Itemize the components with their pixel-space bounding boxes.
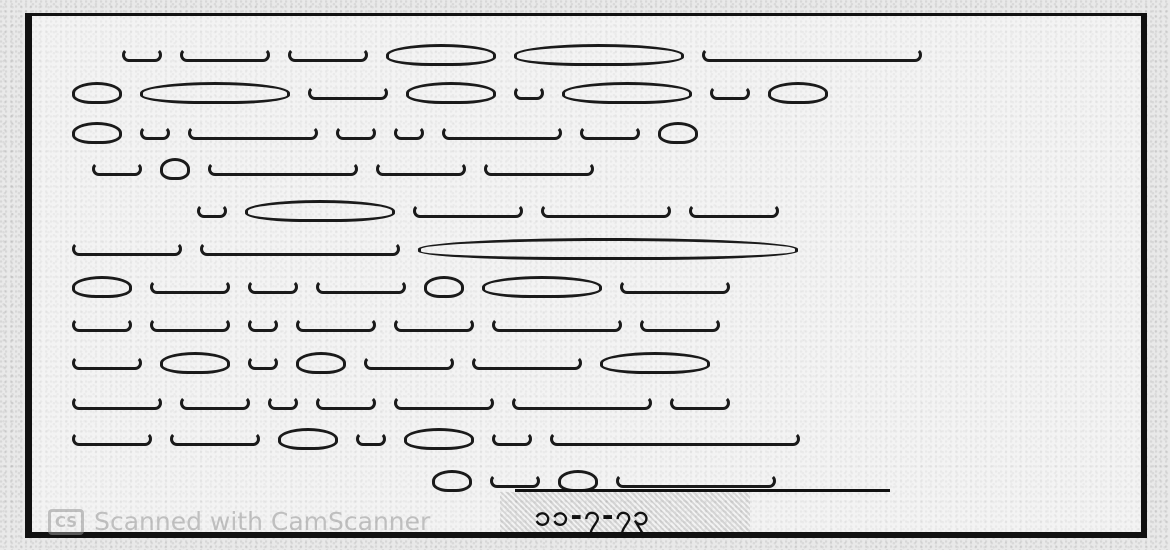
handwritten-line-6: Handwritten Burmese line 6	[72, 232, 798, 266]
watermark-text: Scanned with CamScanner	[94, 507, 430, 536]
handwritten-line-11: Handwritten Burmese line 11	[72, 422, 800, 456]
handwritten-line-4: Handwritten Burmese line 4, ends with cl…	[92, 152, 594, 186]
handwritten-line-9: Handwritten Burmese line 9	[72, 346, 710, 380]
handwritten-line-1: Handwritten Burmese line 1 (indented ope…	[122, 38, 922, 72]
handwritten-line-2: Handwritten Burmese line 2	[72, 76, 828, 110]
letter-date: ၁၁-၇-၇၃	[535, 497, 651, 539]
handwritten-line-5: Handwritten Burmese line 5 (indented new…	[197, 194, 779, 228]
handwritten-line-10: Handwritten Burmese line 10	[72, 386, 730, 420]
handwritten-line-8: Handwritten Burmese line 8	[72, 308, 720, 342]
camscanner-watermark: CS Scanned with CamScanner	[48, 507, 430, 536]
letter-page: Handwritten Burmese line 1 (indented ope…	[25, 13, 1147, 538]
handwritten-line-7: Handwritten Burmese line 7	[72, 270, 730, 304]
signature-underline	[515, 489, 890, 492]
handwritten-line-3: Handwritten Burmese line 3	[72, 116, 698, 150]
camscanner-logo-icon: CS	[48, 509, 84, 535]
